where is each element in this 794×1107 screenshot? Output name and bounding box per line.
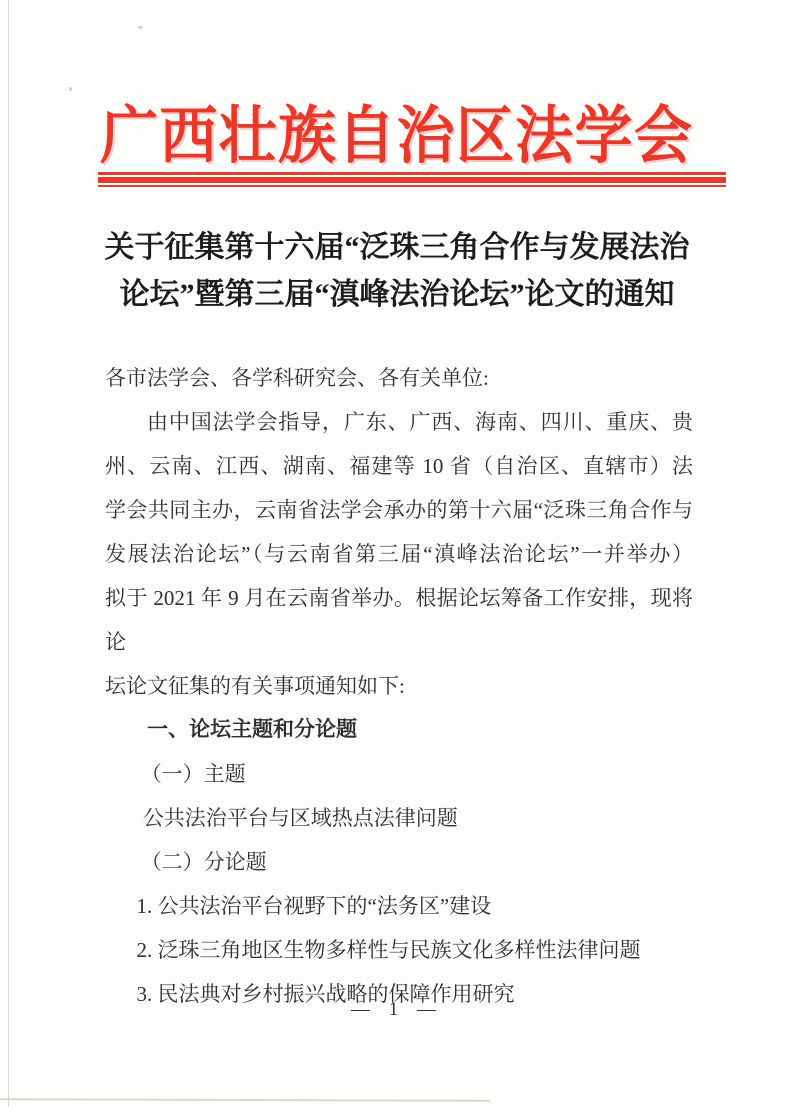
paragraph-line: 州、云南、江西、湖南、福建等 10 省（自治区、直辖市）法 (105, 444, 693, 488)
scan-speck (69, 87, 72, 91)
paragraph-line: 拟于 2021 年 9 月在云南省举办。根据论坛筹备工作安排，现将论 (105, 576, 693, 664)
letterhead-org-name: 广西壮族自治区法学会 (100, 88, 692, 172)
theme-line: 公共法治平台与区域热点法律问题 (105, 796, 693, 840)
rule-thin-top (98, 172, 726, 175)
list-item: 2. 泛珠三角地区生物多样性与民族文化多样性法律问题 (105, 928, 693, 972)
paragraph-line: 坛论文征集的有关事项通知如下: (105, 664, 693, 708)
scanned-document-page: 广西壮族自治区法学会 关于征集第十六届“泛珠三角合作与发展法治 论坛”暨第三届“… (0, 0, 794, 1107)
rule-thick-middle (98, 177, 726, 183)
section-heading: 一、论坛主题和分论题 (105, 708, 693, 752)
salutation-line: 各市法学会、各学科研究会、各有关单位: (105, 356, 693, 400)
page-number: — 1 — (0, 992, 794, 1028)
document-body: 各市法学会、各学科研究会、各有关单位: 由中国法学会指导，广东、广西、海南、四川… (105, 356, 693, 1016)
paragraph-line: 发展法治论坛”（与云南省第三届“滇峰法治论坛”一并举办） (105, 532, 693, 576)
scan-edge-left (8, 0, 9, 1107)
paragraph-line: 学会共同主办，云南省法学会承办的第十六届“泛珠三角合作与 (105, 488, 693, 532)
letterhead-double-rule (98, 172, 726, 187)
subsection-heading: （二）分论题 (105, 840, 693, 884)
document-title: 关于征集第十六届“泛珠三角合作与发展法治 论坛”暨第三届“滇峰法治论坛”论文的通… (0, 224, 794, 318)
list-item: 1. 公共法治平台视野下的“法务区”建设 (105, 884, 693, 928)
paragraph-line: 由中国法学会指导，广东、广西、海南、四川、重庆、贵 (105, 400, 693, 444)
scan-edge-bottom (0, 1098, 490, 1102)
rule-thin-bottom (98, 185, 726, 187)
title-line-2: 论坛”暨第三届“滇峰法治论坛”论文的通知 (0, 271, 794, 318)
subsection-heading: （一）主题 (105, 752, 693, 796)
title-line-1: 关于征集第十六届“泛珠三角合作与发展法治 (0, 224, 794, 271)
scan-speck (138, 26, 143, 29)
